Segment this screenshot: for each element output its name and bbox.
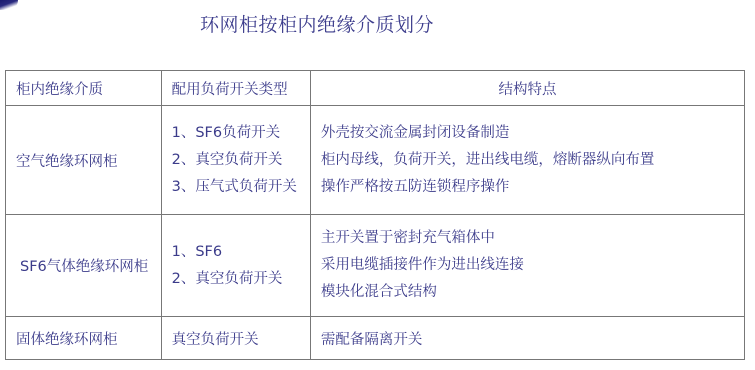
feature-item: 柜内母线，负荷开关，进出线电缆，熔断器纵向布置 bbox=[321, 147, 734, 174]
switch-type-item: 真空负荷开关 bbox=[172, 332, 259, 348]
switch-type-item: 1、SF6 bbox=[172, 239, 300, 266]
cell-switch-types: 真空负荷开关 bbox=[161, 317, 310, 360]
cell-features: 需配备隔离开关 bbox=[310, 317, 744, 360]
switch-type-item: 2、真空负荷开关 bbox=[172, 266, 300, 293]
insulation-classification-table: 柜内绝缘介质 配用负荷开关类型 结构特点 空气绝缘环网柜 1、SF6负荷开关 2… bbox=[5, 70, 745, 360]
switch-type-item: 1、SF6负荷开关 bbox=[172, 120, 300, 147]
page-title: 环网柜按柜内绝缘介质划分 bbox=[200, 10, 520, 40]
feature-item: 采用电缆插接件作为进出线连接 bbox=[321, 252, 734, 279]
table-row: 空气绝缘环网柜 1、SF6负荷开关 2、真空负荷开关 3、压气式负荷开关 外壳按… bbox=[6, 106, 745, 215]
feature-item: 主开关置于密封充气箱体中 bbox=[321, 225, 734, 252]
cell-medium: 空气绝缘环网柜 bbox=[6, 106, 162, 215]
cell-medium: 固体绝缘环网柜 bbox=[6, 317, 162, 360]
corner-decoration bbox=[0, 0, 18, 10]
cell-switch-types: 1、SF6负荷开关 2、真空负荷开关 3、压气式负荷开关 bbox=[161, 106, 310, 215]
cell-medium: SF6气体绝缘环网柜 bbox=[6, 215, 162, 317]
feature-item: 需配备隔离开关 bbox=[321, 332, 423, 348]
cell-features: 主开关置于密封充气箱体中 采用电缆插接件作为进出线连接 模块化混合式结构 bbox=[310, 215, 744, 317]
table-row: SF6气体绝缘环网柜 1、SF6 2、真空负荷开关 主开关置于密封充气箱体中 采… bbox=[6, 215, 745, 317]
feature-item: 外壳按交流金属封闭设备制造 bbox=[321, 120, 734, 147]
switch-type-item: 2、真空负荷开关 bbox=[172, 147, 300, 174]
feature-item: 模块化混合式结构 bbox=[321, 279, 734, 306]
switch-type-item: 3、压气式负荷开关 bbox=[172, 174, 300, 201]
header-structure-features: 结构特点 bbox=[310, 71, 744, 106]
table-row: 固体绝缘环网柜 真空负荷开关 需配备隔离开关 bbox=[6, 317, 745, 360]
header-insulation-medium: 柜内绝缘介质 bbox=[6, 71, 162, 106]
header-switch-type: 配用负荷开关类型 bbox=[161, 71, 310, 106]
cell-features: 外壳按交流金属封闭设备制造 柜内母线，负荷开关，进出线电缆，熔断器纵向布置 操作… bbox=[310, 106, 744, 215]
feature-item: 操作严格按五防连锁程序操作 bbox=[321, 174, 734, 201]
cell-switch-types: 1、SF6 2、真空负荷开关 bbox=[161, 215, 310, 317]
table-header-row: 柜内绝缘介质 配用负荷开关类型 结构特点 bbox=[6, 71, 745, 106]
